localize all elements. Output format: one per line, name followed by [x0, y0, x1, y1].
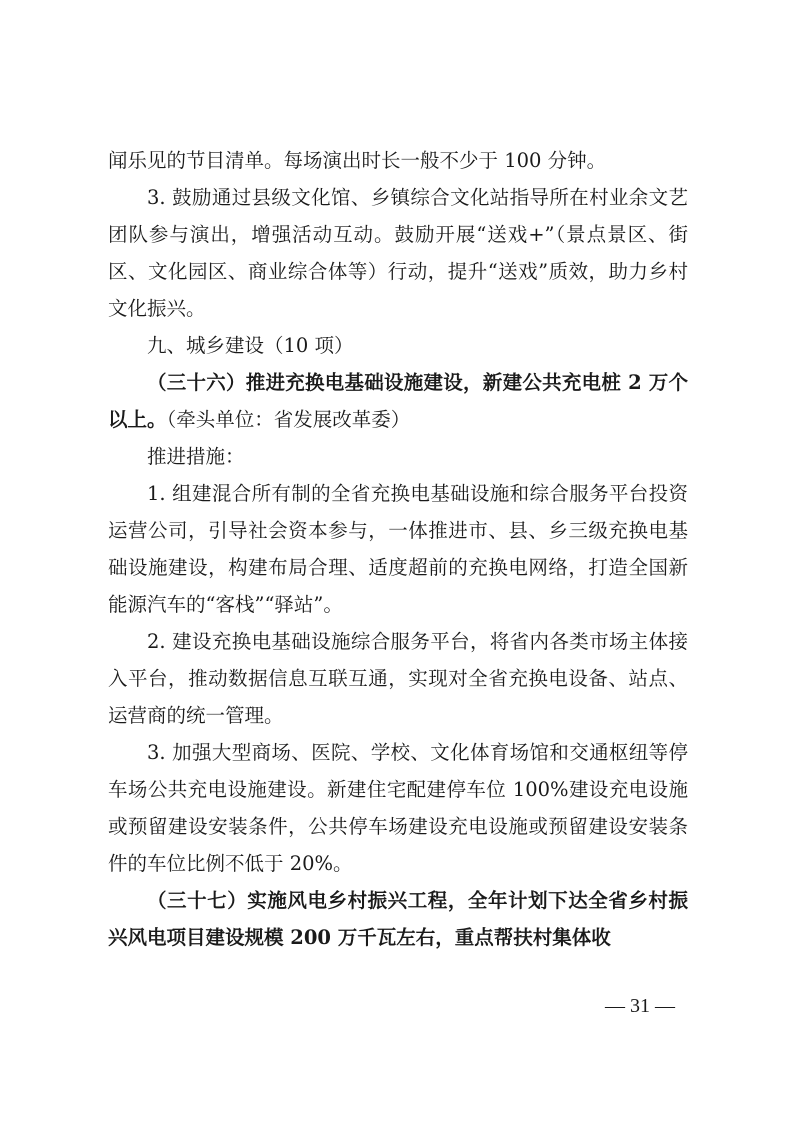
paragraph-continuation: 闻乐见的节目清单。每场演出时长一般不少于 100 分钟。: [108, 142, 688, 179]
paragraph-text: 闻乐见的节目清单。每场演出时长一般不少于 100 分钟。: [108, 149, 606, 172]
paragraph-measure-2: 2. 建设充换电基础设施综合服务平台，将省内各类市场主体接入平台，推动数据信息互…: [108, 623, 688, 734]
item-36-heading: （三十六）推进充换电基础设施建设，新建公共充电桩 2 万个以上。（牵头单位：省发…: [108, 364, 688, 438]
paragraph-measure-3: 3. 鼓励通过县级文化馆、乡镇综合文化站指导所在村业余文艺团队参与演出，增强活动…: [108, 179, 688, 327]
measures-label: 推进措施：: [108, 438, 688, 475]
lead-unit: （牵头单位：省发展改革委）: [167, 408, 411, 431]
paragraph-measure-3b: 3. 加强大型商场、医院、学校、文化体育场馆和交通枢纽等停车场公共充电设施建设。…: [108, 734, 688, 882]
item-title-bold: （三十七）实施风电乡村振兴工程，全年计划下达全省乡村振兴风电项目建设规模 200…: [108, 889, 688, 949]
paragraph-text: 推进措施：: [147, 445, 245, 468]
section-heading: 九、城乡建设（10 项）: [108, 327, 688, 364]
paragraph-measure-1: 1. 组建混合所有制的全省充换电基础设施和综合服务平台投资运营公司，引导社会资本…: [108, 475, 688, 623]
paragraph-text: 2. 建设充换电基础设施综合服务平台，将省内各类市场主体接入平台，推动数据信息互…: [108, 630, 688, 727]
document-body: 闻乐见的节目清单。每场演出时长一般不少于 100 分钟。 3. 鼓励通过县级文化…: [108, 142, 688, 956]
paragraph-text: 3. 加强大型商场、医院、学校、文化体育场馆和交通枢纽等停车场公共充电设施建设。…: [108, 741, 688, 875]
item-37-heading: （三十七）实施风电乡村振兴工程，全年计划下达全省乡村振兴风电项目建设规模 200…: [108, 882, 688, 956]
paragraph-text: 1. 组建混合所有制的全省充换电基础设施和综合服务平台投资运营公司，引导社会资本…: [108, 482, 688, 616]
document-page: 闻乐见的节目清单。每场演出时长一般不少于 100 分钟。 3. 鼓励通过县级文化…: [0, 0, 793, 1122]
paragraph-text: 3. 鼓励通过县级文化馆、乡镇综合文化站指导所在村业余文艺团队参与演出，增强活动…: [108, 186, 688, 320]
section-heading-text: 九、城乡建设（10 项）: [147, 334, 354, 357]
page-number: — 31 —: [560, 995, 720, 1018]
